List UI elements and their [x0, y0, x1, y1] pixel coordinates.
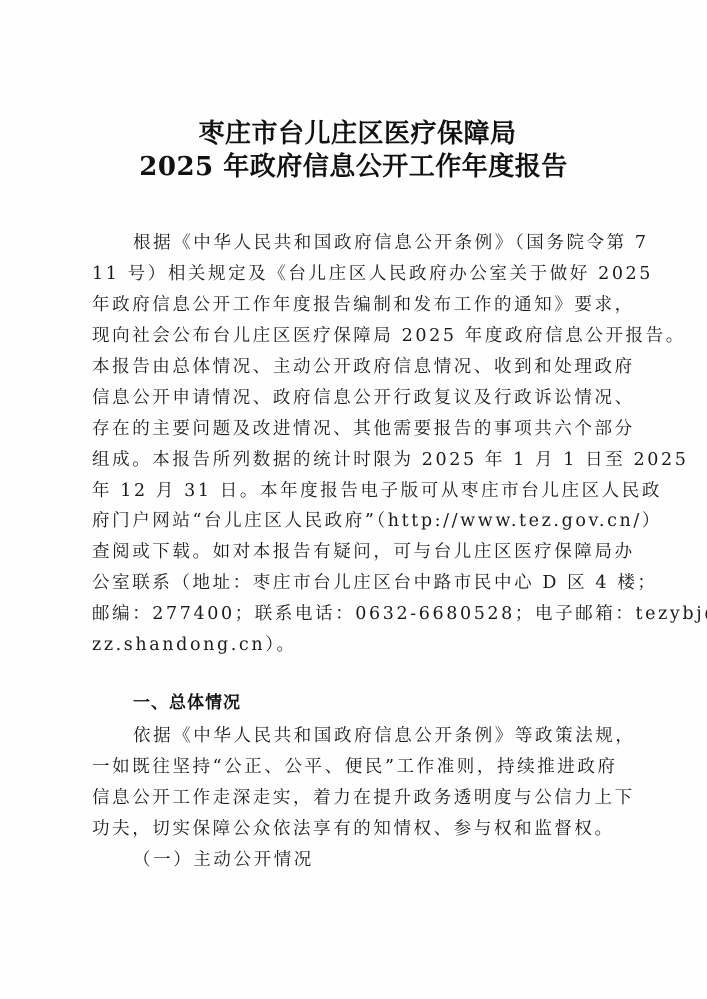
intro-line: 信息公开申请情况、政府信息公开行政复议及行政诉讼情况、: [92, 387, 632, 409]
intro-line: 年 12 月 31 日。本年度报告电子版可从枣庄市台儿庄区人民政: [92, 480, 632, 502]
intro-line: 年政府信息公开工作年度报告编制和发布工作的通知》要求，: [92, 294, 632, 316]
intro-line: 府门户网站“台儿庄区人民政府”（http://www.tez.gov.cn/）: [92, 510, 632, 532]
section-heading-overview: 一、总体情况: [133, 692, 241, 714]
intro-line: zz.shandong.cn）。: [92, 634, 632, 656]
intro-line: 邮编：277400；联系电话：0632-6680528；电子邮箱：tezybj@: [92, 603, 632, 625]
overview-line: 一如既往坚持“公正、公平、便民”工作准则，持续推进政府: [92, 756, 632, 778]
subsection-heading-proactive-disclosure: （一）主动公开情况: [133, 849, 314, 871]
intro-line: 存在的主要问题及改进情况、其他需要报告的事项共六个部分: [92, 418, 632, 440]
overview-line: 依据《中华人民共和国政府信息公开条例》等政策法规，: [133, 725, 673, 747]
intro-line: 本报告由总体情况、主动公开政府信息情况、收到和处理政府: [92, 356, 632, 378]
intro-line: 查阅或下载。如对本报告有疑问，可与台儿庄区医疗保障局办: [92, 541, 632, 563]
overview-line: 功夫，切实保障公众依法享有的知情权、参与权和监督权。: [92, 818, 632, 840]
document-page: 枣庄市台儿庄区医疗保障局 2025 年政府信息公开工作年度报告 根据《中华人民共…: [0, 0, 707, 999]
document-title-line-1: 枣庄市台儿庄区医疗保障局: [0, 118, 707, 151]
document-title-line-2: 2025 年政府信息公开工作年度报告: [0, 151, 707, 184]
intro-line: 公室联系（地址：枣庄市台儿庄区台中路市民中心 D 区 4 楼；: [92, 572, 632, 594]
intro-line: 现向社会公布台儿庄区医疗保障局 2025 年度政府信息公开报告。: [92, 325, 632, 347]
intro-line: 组成。本报告所列数据的统计时限为 2025 年 1 月 1 日至 2025: [92, 449, 632, 471]
intro-line: 11 号）相关规定及《台儿庄区人民政府办公室关于做好 2025: [92, 263, 632, 285]
intro-line: 根据《中华人民共和国政府信息公开条例》（国务院令第 7: [133, 232, 673, 254]
overview-line: 信息公开工作走深走实，着力在提升政务透明度与公信力上下: [92, 787, 632, 809]
